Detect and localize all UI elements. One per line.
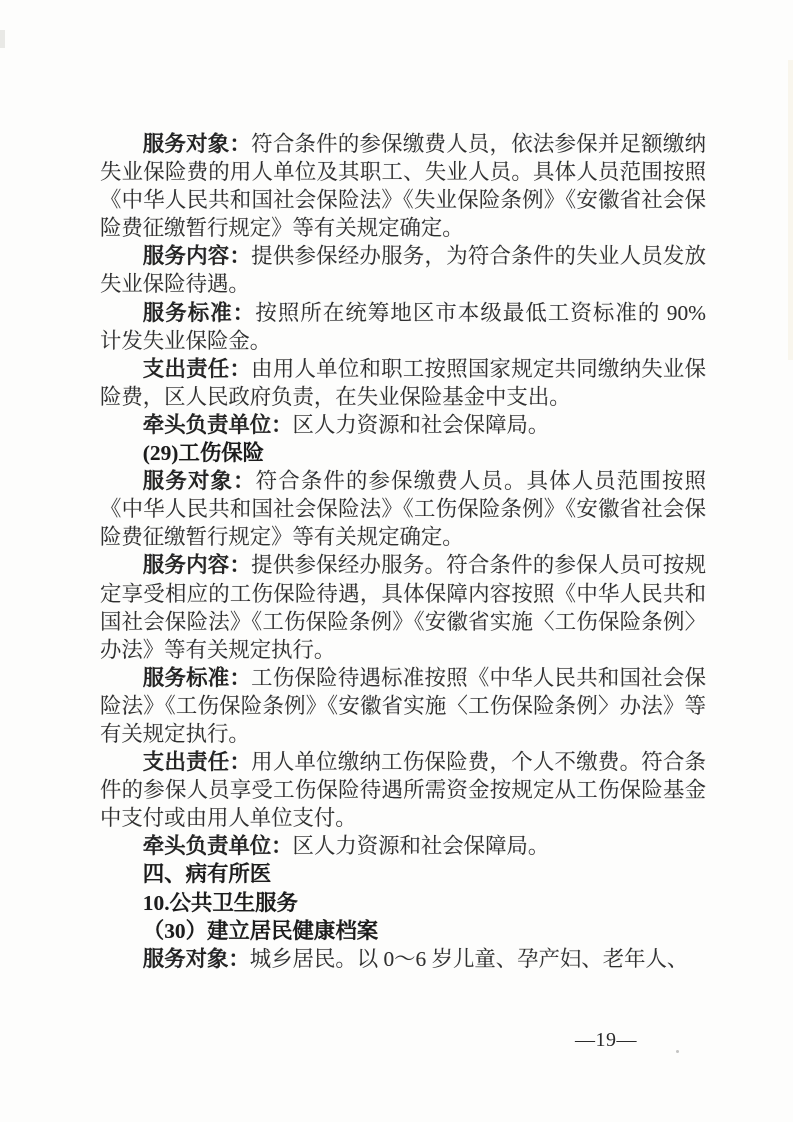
section-heading: 10.公共卫生服务 — [100, 889, 706, 917]
field-label: 牵头负责单位： — [143, 413, 293, 437]
section-heading: 四、病有所医 — [100, 860, 706, 888]
heading-text: 四、病有所医 — [143, 862, 271, 886]
section-heading: （30）建立居民健康档案 — [100, 917, 706, 945]
field-label: 服务内容： — [143, 244, 251, 268]
paragraph: 服务对象：城乡居民。以 0～6 岁儿童、孕产妇、老年人、 — [100, 945, 706, 973]
document-body: 服务对象：符合条件的参保缴费人员，依法参保并足额缴纳失业保险费的用人单位及其职工… — [100, 130, 706, 973]
paragraph: 服务内容：提供参保经办服务，为符合条件的失业人员发放失业保险待遇。 — [100, 242, 706, 298]
document-page: 服务对象：符合条件的参保缴费人员，依法参保并足额缴纳失业保险费的用人单位及其职工… — [0, 0, 793, 1122]
scan-dot-artifact — [676, 1050, 679, 1053]
paragraph: 服务对象：符合条件的参保缴费人员，依法参保并足额缴纳失业保险费的用人单位及其职工… — [100, 130, 706, 242]
paragraph: 牵头负责单位：区人力资源和社会保障局。 — [100, 832, 706, 860]
paragraph: 服务标准：工伤保险待遇标准按照《中华人民共和国社会保险法》《工伤保险条例》《安徽… — [100, 664, 706, 748]
section-heading: (29)工伤保险 — [100, 439, 706, 467]
paragraph: 支出责任：由用人单位和职工按照国家规定共同缴纳失业保险费，区人民政府负责，在失业… — [100, 355, 706, 411]
field-label: 支出责任： — [143, 357, 251, 381]
paragraph: 牵头负责单位：区人力资源和社会保障局。 — [100, 411, 706, 439]
paragraph: 服务标准：按照所在统筹地区市本级最低工资标准的 90% 计发失业保险金。 — [100, 299, 706, 355]
field-label: 服务内容： — [143, 553, 251, 577]
field-label: 支出责任： — [143, 750, 251, 774]
field-label: 服务对象： — [143, 469, 256, 493]
field-label: 服务对象： — [143, 132, 251, 156]
paragraph: 服务内容：提供参保经办服务。符合条件的参保人员可按规定享受相应的工伤保险待遇，具… — [100, 551, 706, 663]
scan-edge-artifact — [0, 30, 5, 48]
heading-text: 10.公共卫生服务 — [143, 891, 298, 915]
field-label: 服务标准： — [143, 301, 256, 325]
scan-edge-artifact — [788, 60, 793, 360]
heading-text: （30）建立居民健康档案 — [143, 919, 378, 943]
paragraph-text: 区人力资源和社会保障局。 — [293, 413, 550, 437]
page-number: —19— — [566, 1029, 646, 1052]
field-label: 服务标准： — [143, 666, 251, 690]
heading-text: (29)工伤保险 — [143, 441, 264, 465]
paragraph: 服务对象：符合条件的参保缴费人员。具体人员范围按照《中华人民共和国社会保险法》《… — [100, 467, 706, 551]
field-label: 牵头负责单位： — [143, 834, 293, 858]
paragraph-text: 区人力资源和社会保障局。 — [293, 834, 550, 858]
field-label: 服务对象： — [143, 947, 250, 971]
paragraph: 支出责任：用人单位缴纳工伤保险费，个人不缴费。符合条件的参保人员享受工伤保险待遇… — [100, 748, 706, 832]
paragraph-text: 城乡居民。以 0～6 岁儿童、孕产妇、老年人、 — [250, 947, 689, 971]
